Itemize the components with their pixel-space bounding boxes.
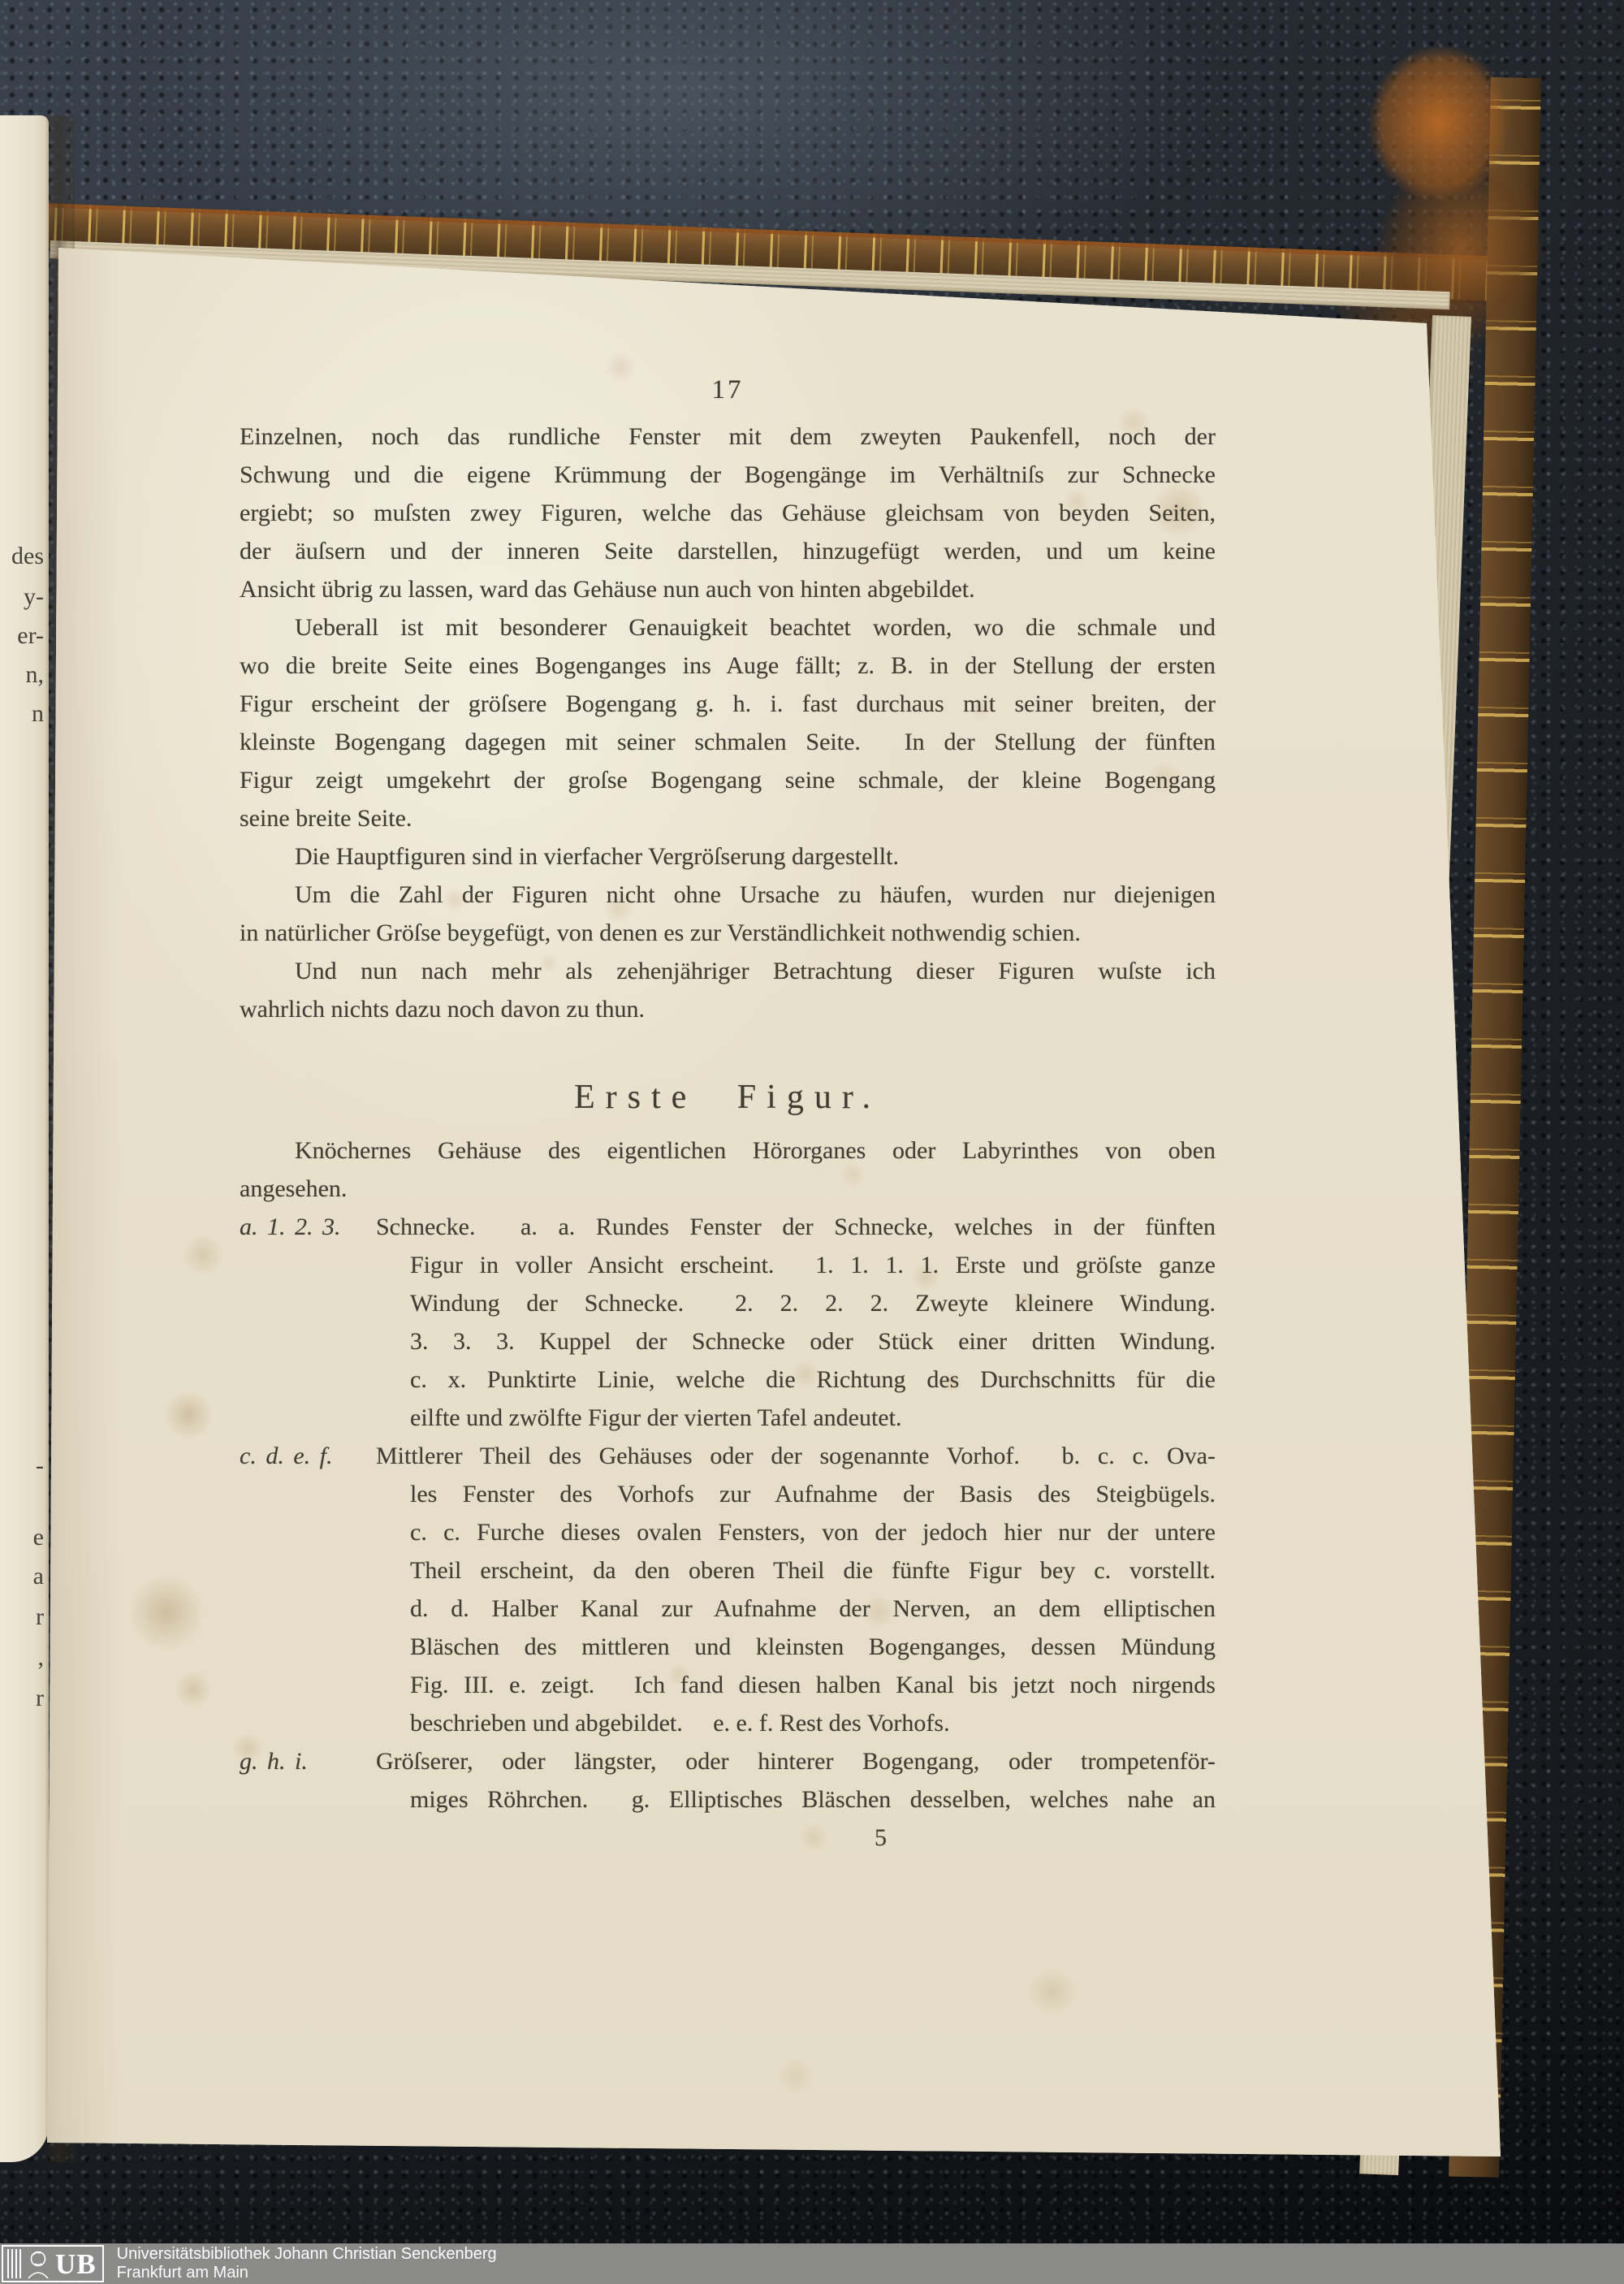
facing-page-sliver: [0, 115, 49, 2162]
text-line: c. x. Punktirte Linie, welche die Richtu…: [410, 1360, 1216, 1399]
book-page: 17 Einzelnen, noch das rundliche Fenster…: [0, 0, 1624, 2284]
paragraph: Um die Zahl der Figuren nicht ohne Ursac…: [240, 876, 1216, 952]
library-acronym: UB: [55, 2250, 97, 2278]
facing-page-text-fragment: y-: [2, 583, 44, 611]
text-line: Fig. III. e. zeigt. Ich fand diesen halb…: [410, 1666, 1216, 1704]
text-line: Um die Zahl der Figuren nicht ohne Ursac…: [240, 876, 1216, 914]
section-heading: Erste Figur.: [240, 1075, 1216, 1119]
text-line: Schwung und die eigene Krümmung der Boge…: [240, 456, 1216, 494]
facing-page-text-fragment: des: [2, 543, 44, 570]
facing-page-text-fragment: a: [2, 1563, 44, 1590]
paragraph: Und nun nach mehr als zehenjähriger Betr…: [240, 952, 1216, 1028]
text-line: eilfte und zwölfte Figur der vierten Taf…: [410, 1399, 1216, 1437]
text-line: ergiebt; so muſsten zwey Figuren, welche…: [240, 494, 1216, 532]
text-line: miges Röhrchen. g. Elliptisches Bläschen…: [410, 1780, 1216, 1819]
text-line: der äuſsern und der inneren Seite darste…: [240, 532, 1216, 570]
legend-item-label: a. 1. 2. 3.: [240, 1208, 341, 1246]
page-text-block: 17 Einzelnen, noch das rundliche Fenster…: [240, 375, 1216, 1857]
facing-page-text-fragment: ,: [2, 1644, 44, 1672]
text-line: Mittlerer Theil des Gehäuses oder der so…: [410, 1437, 1216, 1475]
text-line: seine breite Seite.: [240, 799, 1216, 837]
library-logo: UB: [2, 2245, 104, 2282]
library-name-line2: Frankfurt am Main: [117, 2264, 497, 2282]
goethe-portrait-icon: [24, 2247, 52, 2280]
text-line: d. d. Halber Kanal zur Aufnahme der Nerv…: [410, 1590, 1216, 1628]
facing-page-text-fragment: r: [2, 1603, 44, 1631]
paragraph: Die Hauptfiguren sind in vierfacher Verg…: [240, 837, 1216, 876]
text-line: Gröſserer, oder längster, oder hinterer …: [410, 1742, 1216, 1780]
facing-page-text-fragment: -: [2, 1452, 44, 1480]
text-line: Windung der Schnecke. 2. 2. 2. 2. Zweyte…: [410, 1284, 1216, 1322]
legend-item: g. h. i. Gröſserer, oder längster, oder …: [410, 1742, 1216, 1819]
text-line: Ueberall ist mit besonderer Genauigkeit …: [240, 608, 1216, 647]
legend-item: a. 1. 2. 3. Schnecke. a. a. Rundes Fenst…: [410, 1208, 1216, 1437]
text-line: wo die breite Seite eines Bogenganges in…: [240, 647, 1216, 685]
text-line: Schnecke. a. a. Rundes Fenster der Schne…: [410, 1208, 1216, 1246]
library-name-line1: Universitätsbibliothek Johann Christian …: [117, 2245, 497, 2264]
text-line: in natürlicher Gröſse beygefügt, von den…: [240, 914, 1216, 952]
text-line: Einzelnen, noch das rundliche Fenster mi…: [240, 417, 1216, 456]
text-line: Bläschen des mittleren und kleinsten Bog…: [410, 1628, 1216, 1666]
text-line: Theil erscheint, da den oberen Theil die…: [410, 1551, 1216, 1590]
page-number: 17: [240, 375, 1216, 417]
paragraph: Einzelnen, noch das rundliche Fenster mi…: [240, 417, 1216, 608]
paragraph: Ueberall ist mit besonderer Genauigkeit …: [240, 608, 1216, 837]
legend-item: c. d. e. f. Mittlerer Theil des Gehäuses…: [410, 1437, 1216, 1742]
text-line: Figur zeigt umgekehrt der groſse Bogenga…: [240, 761, 1216, 799]
text-line: Ansicht übrig zu lassen, ward das Gehäus…: [240, 570, 1216, 608]
text-line: Figur erscheint der gröſsere Bogengang g…: [240, 685, 1216, 723]
legend-item-label: g. h. i.: [240, 1742, 308, 1780]
facing-page-text-fragment: r: [2, 1685, 44, 1712]
text-line: les Fenster des Vorhofs zur Aufnahme der…: [410, 1475, 1216, 1513]
facing-page-text-fragment: n,: [2, 661, 44, 689]
text-line: wahrlich nichts dazu noch davon zu thun.: [240, 990, 1216, 1028]
signature-mark: 5: [240, 1819, 1216, 1857]
facing-page-text-fragment: er-: [2, 622, 44, 650]
text-line: Die Hauptfiguren sind in vierfacher Verg…: [240, 837, 1216, 876]
text-line: c. c. Furche dieses ovalen Fensters, von…: [410, 1513, 1216, 1551]
text-line: Und nun nach mehr als zehenjähriger Betr…: [240, 952, 1216, 990]
text-line: kleinste Bogengang dagegen mit seiner sc…: [240, 723, 1216, 761]
facing-page-text-fragment: e: [2, 1524, 44, 1551]
book-spines-icon: [7, 2249, 21, 2278]
library-name: Universitätsbibliothek Johann Christian …: [117, 2245, 497, 2282]
text-line: Figur in voller Ansicht erscheint. 1. 1.…: [410, 1246, 1216, 1284]
text-line: angesehen.: [240, 1170, 1216, 1208]
library-watermark-bar: UB Universitätsbibliothek Johann Christi…: [0, 2243, 1624, 2284]
legend-item-label: c. d. e. f.: [240, 1437, 332, 1475]
scanned-book-photo: des y- er- n, n - e a r , r 17 Einzelnen…: [0, 0, 1624, 2284]
facing-page-text-fragment: n: [2, 700, 44, 728]
figure-intro-paragraph: Knöchernes Gehäuse des eigentlichen Höro…: [240, 1131, 1216, 1208]
text-line: Knöchernes Gehäuse des eigentlichen Höro…: [240, 1131, 1216, 1170]
text-line: 3. 3. 3. Kuppel der Schnecke oder Stück …: [410, 1322, 1216, 1360]
text-line: beschrieben und abgebildet. e. e. f. Res…: [410, 1704, 1216, 1742]
